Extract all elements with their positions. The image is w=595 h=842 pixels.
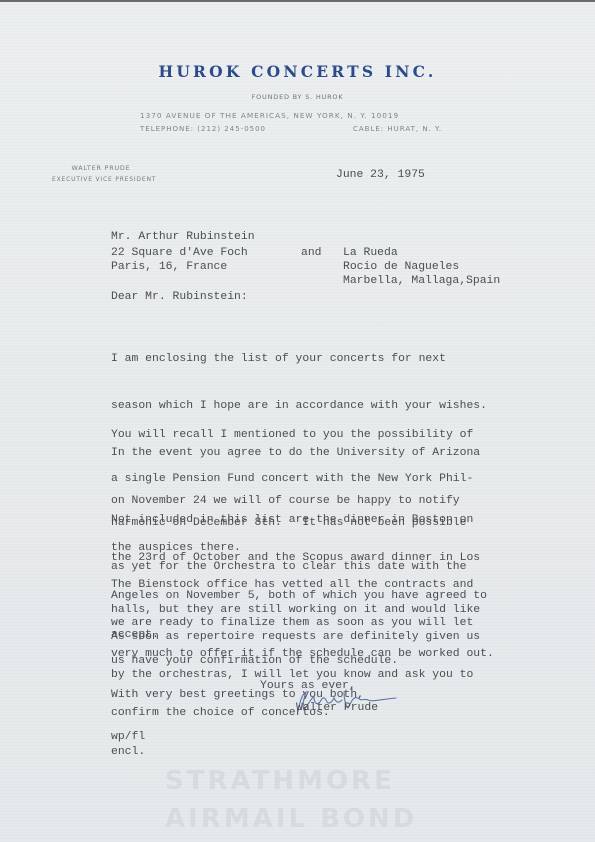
recipient-address-paris-2: Paris, 16, France — [111, 260, 227, 276]
letter-date: June 23, 1975 — [336, 168, 425, 184]
paragraph-line: As soon as repertoire requests are defin… — [111, 631, 480, 644]
enclosure-note: encl. — [111, 745, 145, 761]
paragraph-line: Not included in this list are the dinner… — [111, 514, 487, 527]
watermark-bleed-through: STRATHMORE AIRMAIL BOND — [165, 762, 417, 838]
company-telephone: TELEPHONE: (212) 245-0500 — [140, 125, 266, 133]
company-cable: CABLE: HURAT, N. Y. — [353, 125, 442, 133]
watermark-line: STRATHMORE — [165, 762, 417, 800]
paragraph-line: I am enclosing the list of your concerts… — [111, 352, 487, 368]
recipient-address-spain-3: Marbella, Mallaga,Spain — [343, 274, 500, 290]
company-name: HUROK CONCERTS INC. — [0, 62, 595, 81]
typed-signature-name: Walter Prude — [296, 701, 378, 717]
recipient-name: Mr. Arthur Rubinstein — [111, 230, 255, 246]
sender-title: EXECUTIVE VICE PRESIDENT — [52, 176, 222, 183]
watermark-line: AIRMAIL BOND — [165, 800, 417, 838]
paragraph-line: You will recall I mentioned to you the p… — [111, 428, 494, 443]
salutation: Dear Mr. Rubinstein: — [111, 290, 248, 306]
typist-initials: wp/fl — [111, 730, 145, 746]
paragraph-line: a single Pension Fund concert with the N… — [111, 472, 494, 487]
paragraph-line: The Bienstock office has vetted all the … — [111, 579, 473, 592]
company-address: 1370 AVENUE OF THE AMERICAS, NEW YORK, N… — [140, 111, 399, 120]
address-conjunction: and — [301, 246, 322, 262]
sender-name: WALTER PRUDE — [66, 164, 136, 172]
letter-page: HUROK CONCERTS INC. FOUNDED BY S. HUROK … — [0, 0, 595, 842]
founded-by: FOUNDED BY S. HUROK — [0, 93, 595, 101]
